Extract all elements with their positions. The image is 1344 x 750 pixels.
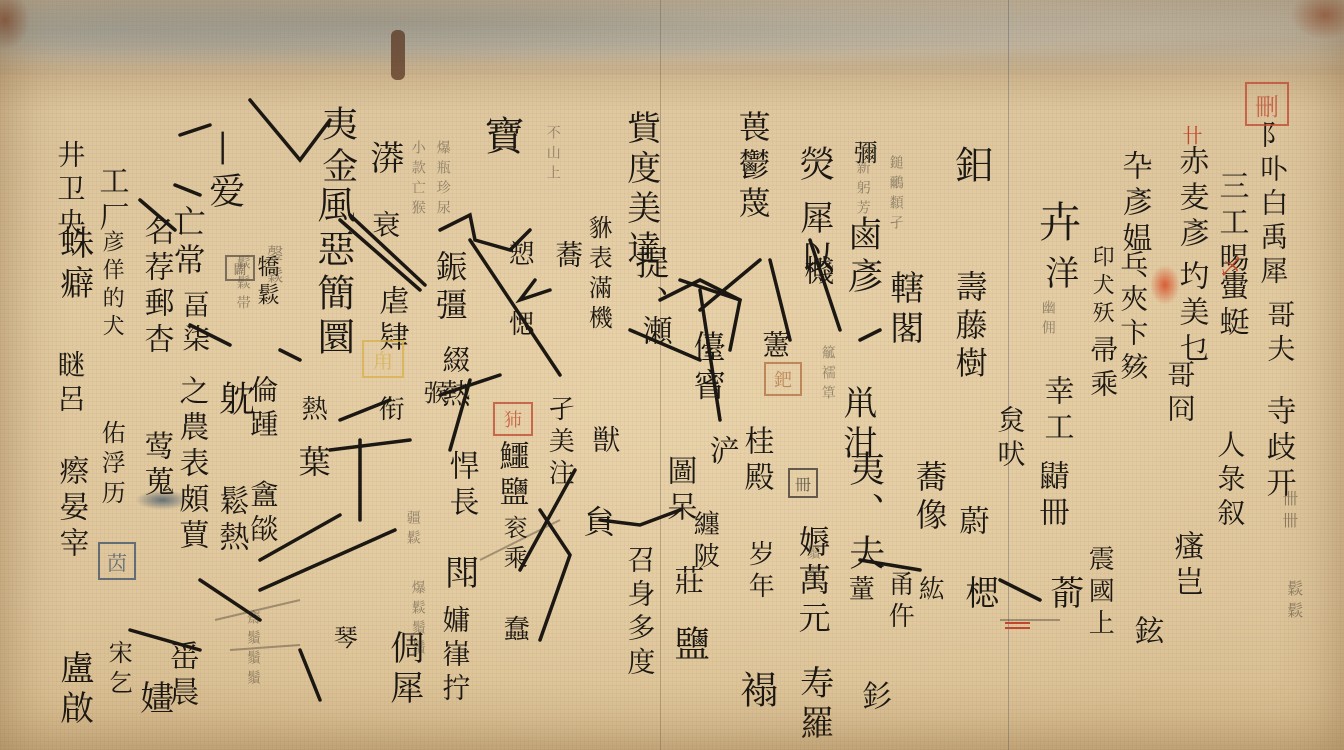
calligraphy-column: 夷、夫 xyxy=(845,450,883,576)
calligraphy-column: 寺歧开 xyxy=(1262,395,1294,503)
calligraphy-column: 蔚 xyxy=(955,505,987,541)
calligraphy-column: 楒 xyxy=(960,575,996,615)
calligraphy-column: 蕎像 xyxy=(912,460,946,536)
calligraphy-column: 瞇呂 xyxy=(55,350,84,418)
calligraphy-column: 蛛癖 xyxy=(55,225,91,305)
seal-stamp: 鈀 xyxy=(764,362,802,396)
faint-annotation: 爆瓶珍尿 xyxy=(435,140,450,220)
calligraphy-column: 風惡簡圜 xyxy=(312,185,352,361)
calligraphy-column: 悍長 xyxy=(445,450,477,522)
calligraphy-column: 桂殿 xyxy=(740,425,772,497)
calligraphy-column: 藼 xyxy=(760,330,789,364)
seal-stamp: 甪 xyxy=(362,340,404,378)
calligraphy-column: 蕫 xyxy=(845,575,872,607)
faint-annotation: 小款亡猴 xyxy=(410,140,425,220)
calligraphy-column: 熱 xyxy=(298,395,325,427)
calligraphy-column: 壽藤樹 xyxy=(952,270,986,384)
calligraphy-column: 宋乞 xyxy=(105,640,130,700)
calligraphy-column: 纏陂 xyxy=(690,510,717,574)
faint-annotation: 鎚鸍纇孑 xyxy=(888,155,903,235)
seal-stamp: 苬 xyxy=(98,542,136,580)
calligraphy-column: 琴 xyxy=(330,625,355,655)
fold-line xyxy=(1008,0,1009,750)
calligraphy-column: 鋠彊 xyxy=(432,250,466,326)
calligraphy-column: 寶 xyxy=(480,115,522,161)
calligraphy-column: 漭 xyxy=(365,140,401,180)
faint-annotation: 鬚鬚 xyxy=(805,545,820,585)
rust-stain xyxy=(0,0,30,50)
red-annotation: 卄 xyxy=(1180,125,1201,151)
calligraphy-column: 貅表滿機 xyxy=(585,215,610,335)
faint-annotation: 䉉襦䈇 xyxy=(820,345,835,405)
faint-annotation: 卌卌 xyxy=(1280,490,1297,534)
calligraphy-column: 倫踵 xyxy=(248,375,277,443)
calligraphy-column: 衰 xyxy=(370,210,399,244)
calligraphy-column: 葉 xyxy=(295,445,329,483)
aged-paper-document: 井卫央蛛癖瞇呂瘵晏宰盧啟工厂彦佯的犬佑浮历宋乞名荐郵杏莺蒐嫿亡常畐柒之農表頗蕒䍃… xyxy=(0,0,1344,750)
faint-annotation: 疆鬏 xyxy=(405,510,420,550)
calligraphy-column: 哥夫 xyxy=(1265,300,1294,368)
calligraphy-column: 盦燄 xyxy=(248,480,277,548)
calligraphy-column: 盧啟 xyxy=(55,650,91,730)
calligraphy-column: 貟 xyxy=(580,505,614,543)
calligraphy-column: 閗 xyxy=(440,555,476,595)
calligraphy-column: 莺蒐 xyxy=(140,430,172,502)
calligraphy-column: 衔 xyxy=(375,395,402,427)
calligraphy-column: 瘵晏宰 xyxy=(55,455,87,563)
faint-annotation: 新躬芳 xyxy=(855,160,870,220)
faint-annotation: 齋鬚鬚鬚 xyxy=(245,610,260,690)
calligraphy-column: 召身多度 xyxy=(625,545,654,681)
calligraphy-column: 炱吠 xyxy=(995,405,1024,473)
calligraphy-column: 之農表頗蕒 xyxy=(175,375,207,555)
calligraphy-column: 鼱冊 xyxy=(1035,460,1067,532)
water-stain-top xyxy=(0,0,1344,75)
calligraphy-column: 彦佯的犬 xyxy=(100,230,123,342)
calligraphy-column: 鹽 xyxy=(670,625,708,667)
calligraphy-column: 人彔叙 xyxy=(1215,430,1244,532)
calligraphy-column: 萮 xyxy=(1045,575,1081,615)
seal-stamp: 冊 xyxy=(788,468,818,498)
calligraphy-column: 岁年 xyxy=(745,540,772,604)
faint-annotation: 鬏鬏 xyxy=(1285,580,1302,624)
calligraphy-column: 提、 xyxy=(630,245,666,325)
calligraphy-column: 衮乘 xyxy=(500,515,525,575)
calligraphy-column: 佑浮历 xyxy=(98,420,123,510)
calligraphy-column: 瀬 xyxy=(638,315,670,351)
calligraphy-column: 名荐郵杏 xyxy=(140,215,172,359)
faint-annotation: 不山上 xyxy=(545,125,560,185)
calligraphy-column: 熒 xyxy=(795,145,833,187)
calligraphy-column: 工厂 xyxy=(95,165,127,237)
calligraphy-column: 䍃晨 xyxy=(165,640,197,712)
calligraphy-column: —爱 xyxy=(205,130,243,214)
calligraphy-column: 褟 xyxy=(735,670,775,714)
calligraphy-column: 亡常 xyxy=(170,205,204,281)
calligraphy-column: 鈤 xyxy=(950,145,990,189)
seal-stamp: 刪 xyxy=(1245,82,1289,126)
calligraphy-column: 夷金 xyxy=(318,105,356,189)
calligraphy-column: 蕎 xyxy=(553,240,582,274)
ink-drip xyxy=(391,30,405,80)
calligraphy-column: 紘 xyxy=(915,575,942,607)
calligraphy-column: 帚乘 xyxy=(1088,335,1117,403)
calligraphy-column: 圴美乜 xyxy=(1175,260,1207,368)
calligraphy-column: 畐柒 xyxy=(180,290,209,358)
calligraphy-column: 印犬殀 xyxy=(1090,245,1113,329)
calligraphy-column: 葨鬱蔑 xyxy=(735,110,769,224)
calligraphy-column: 哥冏 xyxy=(1165,360,1194,428)
faint-annotation: 幽佣 xyxy=(1040,300,1055,340)
calligraphy-column: 儓䁇 xyxy=(690,330,724,406)
calligraphy-column: 嫞嵂拧 xyxy=(440,605,469,707)
calligraphy-column: 愢 xyxy=(505,310,532,342)
calligraphy-column: 寿羅 xyxy=(795,665,831,745)
calligraphy-column: 幸工 xyxy=(1040,375,1072,447)
calligraphy-column: 孑美注 xyxy=(545,395,572,491)
faint-annotation: 爆鬏鬚鬚 xyxy=(410,580,425,660)
calligraphy-column: 鱷鹽 xyxy=(495,440,527,512)
calligraphy-column: 轄閣 xyxy=(885,270,921,350)
calligraphy-column: 卆彥媪 xyxy=(1118,150,1150,258)
calligraphy-column: 鬆熱 xyxy=(215,485,247,557)
calligraphy-column: 愬 xyxy=(505,240,532,272)
calligraphy-column: 赤麦彥 xyxy=(1175,145,1207,253)
calligraphy-column: 震國上 xyxy=(1085,545,1112,641)
calligraphy-column: 洋 xyxy=(1040,255,1076,295)
red-annotation: 乄 xyxy=(1218,255,1241,283)
calligraphy-column: 乓夾卞㚊 xyxy=(1118,250,1147,386)
faint-annotation: 鏧鬏 xyxy=(265,245,282,289)
calligraphy-column: 鉉 xyxy=(1130,615,1162,651)
calligraphy-column: 鹵彥 xyxy=(843,215,881,299)
calligraphy-column: 浐 xyxy=(705,435,737,471)
calligraphy-column: 獣 xyxy=(590,425,619,459)
calligraphy-column: 卉 xyxy=(1035,200,1079,248)
calligraphy-column: 蠢 xyxy=(500,615,527,647)
rust-stain xyxy=(1290,0,1344,40)
calligraphy-column: 甬仵 xyxy=(885,570,912,634)
seal-stamp: 犻 xyxy=(493,402,533,436)
calligraphy-column: 㰄 xyxy=(800,255,832,291)
calligraphy-column: 阝卟白禹犀 xyxy=(1258,120,1287,290)
seal-stamp: 闢 xyxy=(225,255,255,281)
calligraphy-column: 釤 xyxy=(858,680,890,716)
calligraphy-column: 瘙岂 xyxy=(1170,530,1202,602)
calligraphy-column: 㢿 xyxy=(420,380,445,410)
